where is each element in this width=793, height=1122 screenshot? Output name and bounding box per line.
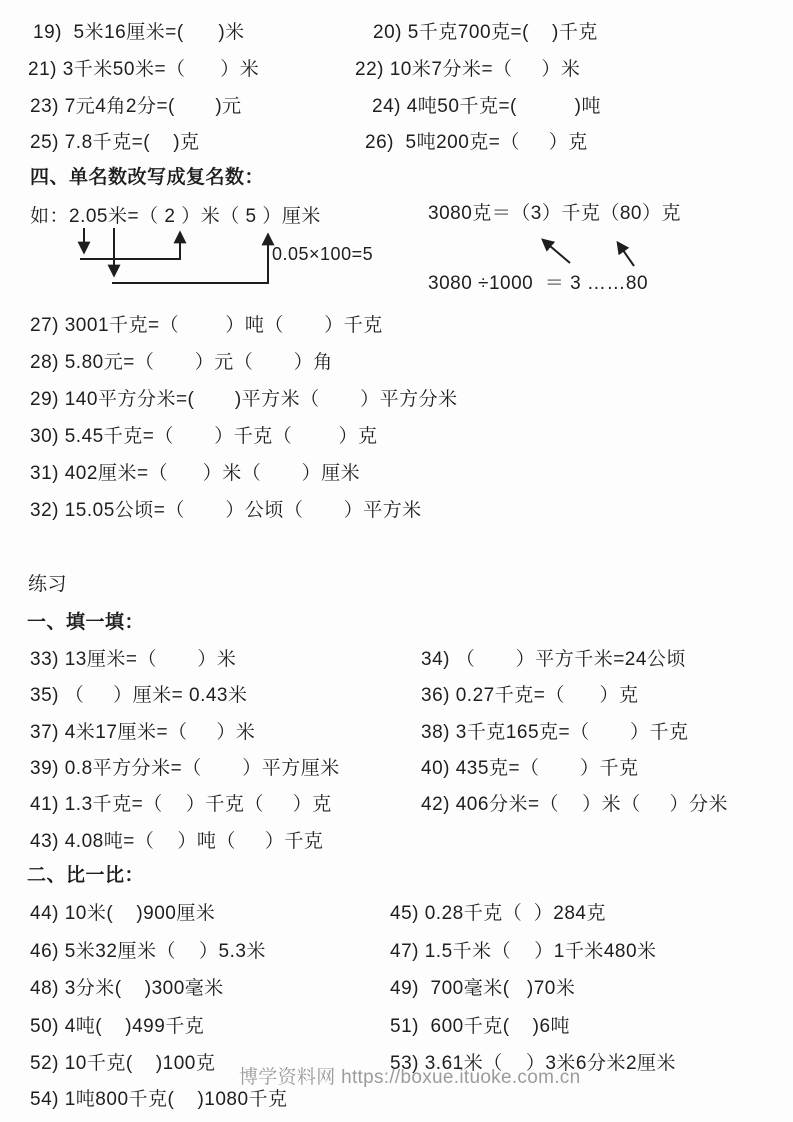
problem-40: 40) 435克=（ ）千克 — [421, 757, 639, 780]
example-left-note: 0.05×100=5 — [272, 243, 373, 266]
problem-22: 22) 10米7分米=（ ）米 — [355, 58, 580, 81]
problem-45: 45) 0.28千克（ ）284克 — [390, 902, 606, 925]
problem-49: 49) 700毫米( )70米 — [390, 977, 575, 1000]
problem-23: 23) 7元4角2分=( )元 — [30, 95, 242, 118]
problem-31: 31) 402厘米=（ ）米（ ）厘米 — [30, 462, 360, 485]
practice-title: 练习 — [28, 573, 67, 596]
problem-29: 29) 140平方分米=( )平方米（ ）平方分米 — [30, 388, 458, 411]
problem-24: 24) 4吨50千克=( )吨 — [372, 95, 601, 118]
fill-section-title: 一、填一填： — [27, 611, 144, 634]
problem-43: 43) 4.08吨=（ ）吨（ ）千克 — [30, 830, 323, 853]
problem-44: 44) 10米( )900厘米 — [30, 902, 215, 925]
compare-section-title: 二、比一比： — [27, 864, 144, 887]
problem-47: 47) 1.5千米（ ）1千米480米 — [390, 940, 657, 963]
problem-51: 51) 600千克( )6吨 — [390, 1015, 570, 1038]
problem-33: 33) 13厘米=（ ）米 — [30, 648, 236, 671]
problem-38: 38) 3千克165克=（ ）千克 — [421, 721, 689, 744]
problem-26: 26) 5吨200克=（ ）克 — [365, 131, 588, 154]
problem-28: 28) 5.80元=（ ）元（ ）角 — [30, 351, 333, 374]
problem-41: 41) 1.3千克=（ ）千克（ ）克 — [30, 793, 332, 816]
example-right-note: 3080 ÷1000 ＝ 3 ……80 — [428, 272, 648, 295]
problem-21: 21) 3千米50米=（ ）米 — [28, 58, 259, 81]
problem-36: 36) 0.27千克=（ ）克 — [421, 684, 639, 707]
problem-30: 30) 5.45千克=（ ）千克（ ）克 — [30, 425, 378, 448]
problem-42: 42) 406分米=（ ）米（ ）分米 — [421, 793, 728, 816]
problem-46: 46) 5米32厘米（ ）5.3米 — [30, 940, 266, 963]
problem-39: 39) 0.8平方分米=（ ）平方厘米 — [30, 757, 340, 780]
problem-19: 19) 5米16厘米=( )米 — [33, 21, 245, 44]
example-right-expression: 3080克＝（3）千克（80）克 — [428, 202, 681, 225]
problem-20: 20) 5千克700克=( )千克 — [373, 21, 598, 44]
problem-25: 25) 7.8千克=( )克 — [30, 131, 200, 154]
problem-50: 50) 4吨( )499千克 — [30, 1015, 204, 1038]
problem-34: 34) （ ）平方千米=24公顷 — [421, 648, 686, 671]
section-title-compound: 四、单名数改写成复名数： — [30, 166, 264, 189]
problem-27: 27) 3001千克=（ ）吨（ ）千克 — [30, 314, 383, 337]
watermark: 博学资料网 https://boxue.ituoke.com.cn — [239, 1066, 580, 1089]
problem-37: 37) 4米17厘米=（ ）米 — [30, 721, 255, 744]
problem-48: 48) 3分米( )300毫米 — [30, 977, 224, 1000]
example-left-expression: 如：2.05米=（ 2 ）米（ 5 ）厘米 — [30, 205, 321, 228]
problem-35: 35) （ ）厘米= 0.43米 — [30, 684, 248, 707]
problem-32: 32) 15.05公顷=（ ）公顷（ ）平方米 — [30, 499, 422, 522]
problem-54: 54) 1吨800千克( )1080千克 — [30, 1088, 288, 1111]
problem-52: 52) 10千克( )100克 — [30, 1052, 215, 1075]
